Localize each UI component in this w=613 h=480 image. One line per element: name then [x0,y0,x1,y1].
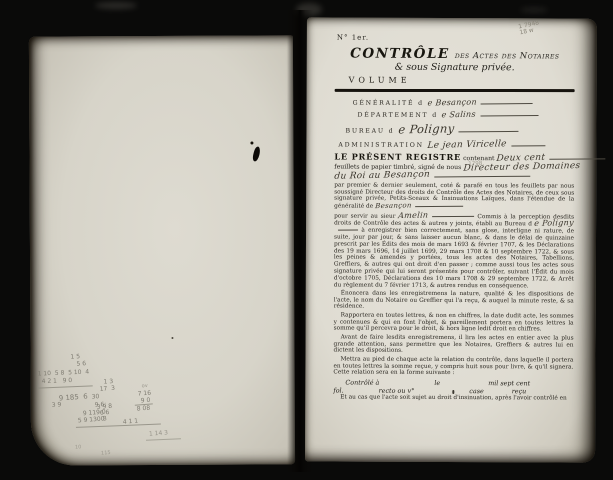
handwritten-commis-name: Amelin [398,212,429,219]
pencil-scribble: 3 9 [52,402,62,409]
scan-smudge [520,7,548,13]
paragraph-4: Rapportera en toutes lettres, & non en c… [334,312,574,333]
register-lead: LE PRÉSENT REGISTRE [334,151,461,162]
handwritten-signer: Directeur des Domaines [463,162,581,174]
volume-label: VOLUME [349,76,575,86]
handwritten-value: e Salins [441,110,476,120]
form-recto-verso: recto ou v° [379,387,415,395]
form-mil-sept-cent: mil sept cent [488,379,530,387]
handwritten-signer2: du Roi au Besançon [334,170,430,181]
pencil-scribble: 9 185 6 [59,393,88,401]
form-recu: reçu [512,387,527,395]
handwritten-value: Le jean Viricelle [427,139,507,151]
title-line2: & sous Signature privée. [335,61,575,73]
handwritten-value: e Poligny [398,122,455,137]
field-administration: ADMINISTRATION Le jean Viricelle [338,139,574,150]
field-label: ADMINISTRATION [338,141,424,148]
field-label: GÉNÉRALITÉ d [353,100,424,107]
paragraph-text: pour servir au sieur [334,213,395,219]
register-line3: du Roi au Besançon [334,171,574,181]
pencil-scribble: 30 [92,394,100,401]
pencil-scribble: 4 2 1 9 0 [42,378,73,385]
final-line: Et au cas que l'acte soit sujet au droit… [333,394,573,402]
pencil-scribble: 10 [75,444,82,450]
pencil-underline [146,438,181,440]
pencil-scribble: 5 6 [76,361,86,368]
pencil-scribble: 115 [101,450,111,457]
pencil-scribble: 8 08 [137,406,151,413]
pencil-underline [38,385,93,388]
field-bureau: BUREAU d e Poligny [345,122,574,137]
paragraph-text: à enregistrer bien correctement, sans gl… [334,228,574,289]
register-number: N° 1er. [337,34,575,43]
handwritten-bureau-name: e Poligny [534,220,574,228]
title-main: CONTRÔLE [350,46,450,62]
ink-dot [250,142,253,145]
title-block: CONTRÔLE des Actes des Notaires & sous S… [335,46,575,73]
paragraph-3: Énoncera dans les enregistremens la natu… [334,290,574,311]
paragraph-5: Avant de faire lesdits enregistremens, i… [333,334,573,355]
paper-fleck [171,337,173,339]
form-le: le [434,379,440,387]
pencil-scribble: 4 1 1 [123,419,139,426]
printed-form: N° 1er. CONTRÔLE des Actes des Notaires … [333,33,575,402]
pencil-scribble: ov [141,383,147,389]
handwritten-generalite: Besançon [375,202,412,210]
title-sub: des Actes des Notaires [455,51,560,61]
pencil-scribble: 1 14 3 [149,430,168,437]
field-label: DÉPARTEMENT d [358,112,438,119]
pencil-scribble: 17 3 [100,386,116,393]
pencil-underline [76,424,161,428]
book-scan: 1 5 5 6 1 10 5 8 5 10 4 4 2 1 9 0 1 3 17… [0,0,613,480]
form-case: case [469,387,483,395]
paragraph-2: pour servir au sieur Amelin Commis à la … [334,212,574,290]
paragraph-1: par premier & dernier seulement, coté & … [334,182,574,211]
field-label: BUREAU d [345,128,394,135]
paragraph-6: Mettra au pied de chaque acte la relatio… [333,356,573,377]
register-lead2: contenant [463,155,495,162]
handwritten-value: e Besançon [427,97,477,107]
left-page: 1 5 5 6 1 10 5 8 5 10 4 4 2 1 9 0 1 3 17… [29,35,295,465]
ink-blot [252,146,261,162]
title-rule [335,89,575,92]
field-departement: DÉPARTEMENT d e Salins [358,110,575,120]
field-generalite: GÉNÉRALITÉ d e Besançon [353,98,575,108]
pencil-scribble: 5 9 1300 [78,416,105,424]
scan-smudge [95,2,137,9]
right-page: 1 7948 18 w 1798. N° 1er. CONTRÔLE des A… [305,17,597,462]
form-fol: fol. [333,386,343,394]
form-controle-a: Contrôlé à [345,378,379,386]
